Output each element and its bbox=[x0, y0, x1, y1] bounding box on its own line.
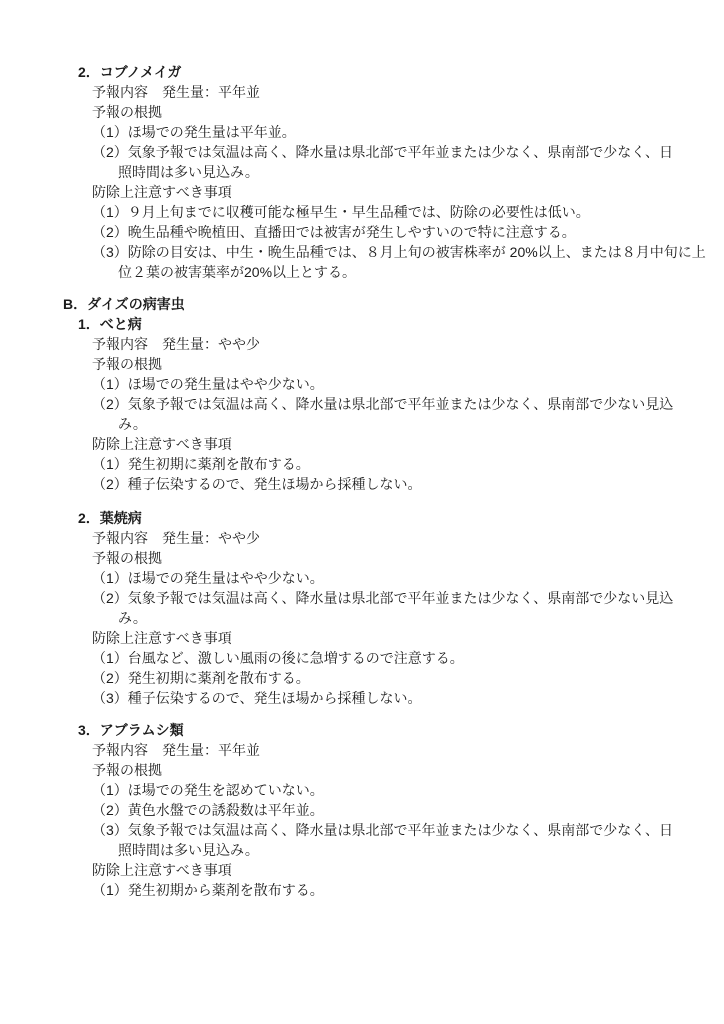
basis-label: 予報の根拠 bbox=[0, 760, 724, 780]
basis-item: （1）ほ場での発生を認めていない。 bbox=[0, 780, 724, 800]
control-item: （2）晩生品種や晩植田、直播田では被害が発生しやすいので特に注意する。 bbox=[0, 222, 724, 242]
pest-heading-hayakebyo: 2．葉焼病 bbox=[0, 508, 724, 528]
forecast-line: 予報内容 発生量：やや少 bbox=[0, 528, 724, 548]
pest-heading-aphids: 3．アブラムシ類 bbox=[0, 720, 724, 740]
control-item: （2）発生初期に薬剤を散布する。 bbox=[0, 668, 724, 688]
control-item: （2）種子伝染するので、発生ほ場から採種しない。 bbox=[0, 474, 724, 494]
basis-item: （2）黄色水盤での誘殺数は平年並。 bbox=[0, 800, 724, 820]
control-item: （3）種子伝染するので、発生ほ場から採種しない。 bbox=[0, 688, 724, 708]
control-item: （1）９月上旬までに収穫可能な極早生・早生品種では、防除の必要性は低い。 bbox=[0, 202, 724, 222]
control-item: （1）台風など、激しい風雨の後に急増するので注意する。 bbox=[0, 648, 724, 668]
forecast-line: 予報内容 発生量：平年並 bbox=[0, 740, 724, 760]
basis-item-continuation: 照時間は多い見込み。 bbox=[0, 840, 724, 860]
blank-space bbox=[0, 494, 724, 508]
forecast-line: 予報内容 発生量：やや少 bbox=[0, 334, 724, 354]
control-item: （3）防除の目安は、中生・晩生品種では、８月上旬の被害株率が 20%以上、または… bbox=[0, 242, 724, 262]
basis-item: （1）ほ場での発生量はやや少ない。 bbox=[0, 568, 724, 588]
control-label: 防除上注意すべき事項 bbox=[0, 628, 724, 648]
blank-space bbox=[0, 708, 724, 720]
forecast-line: 予報内容 発生量：平年並 bbox=[0, 82, 724, 102]
basis-item: （2）気象予報では気温は高く、降水量は県北部で平年並または少なく、県南部で少ない… bbox=[0, 588, 724, 608]
control-item-continuation: 位２葉の被害葉率が20%以上とする。 bbox=[0, 262, 724, 282]
basis-item-continuation: 照時間は多い見込み。 bbox=[0, 162, 724, 182]
document-page: 2．コブノメイガ 予報内容 発生量：平年並 予報の根拠 （1）ほ場での発生量は平… bbox=[0, 0, 724, 1024]
basis-item: （3）気象予報では気温は高く、降水量は県北部で平年並または少なく、県南部で少なく… bbox=[0, 820, 724, 840]
basis-item-continuation: み。 bbox=[0, 608, 724, 628]
control-item: （1）発生初期から薬剤を散布する。 bbox=[0, 880, 724, 900]
basis-item: （1）ほ場での発生量はやや少ない。 bbox=[0, 374, 724, 394]
control-item: （1）発生初期に薬剤を散布する。 bbox=[0, 454, 724, 474]
basis-label: 予報の根拠 bbox=[0, 102, 724, 122]
basis-label: 予報の根拠 bbox=[0, 354, 724, 374]
blank-space bbox=[0, 282, 724, 294]
control-label: 防除上注意すべき事項 bbox=[0, 182, 724, 202]
control-label: 防除上注意すべき事項 bbox=[0, 860, 724, 880]
basis-label: 予報の根拠 bbox=[0, 548, 724, 568]
control-label: 防除上注意すべき事項 bbox=[0, 434, 724, 454]
basis-item: （2）気象予報では気温は高く、降水量は県北部で平年並または少なく、県南部で少ない… bbox=[0, 394, 724, 414]
section-heading-soybean: B．ダイズの病害虫 bbox=[0, 294, 724, 314]
basis-item: （1）ほ場での発生量は平年並。 bbox=[0, 122, 724, 142]
basis-item-continuation: み。 bbox=[0, 414, 724, 434]
pest-heading-betobyo: 1．べと病 bbox=[0, 314, 724, 334]
basis-item: （2）気象予報では気温は高く、降水量は県北部で平年並または少なく、県南部で少なく… bbox=[0, 142, 724, 162]
pest-heading-kobunomeiga: 2．コブノメイガ bbox=[0, 62, 724, 82]
